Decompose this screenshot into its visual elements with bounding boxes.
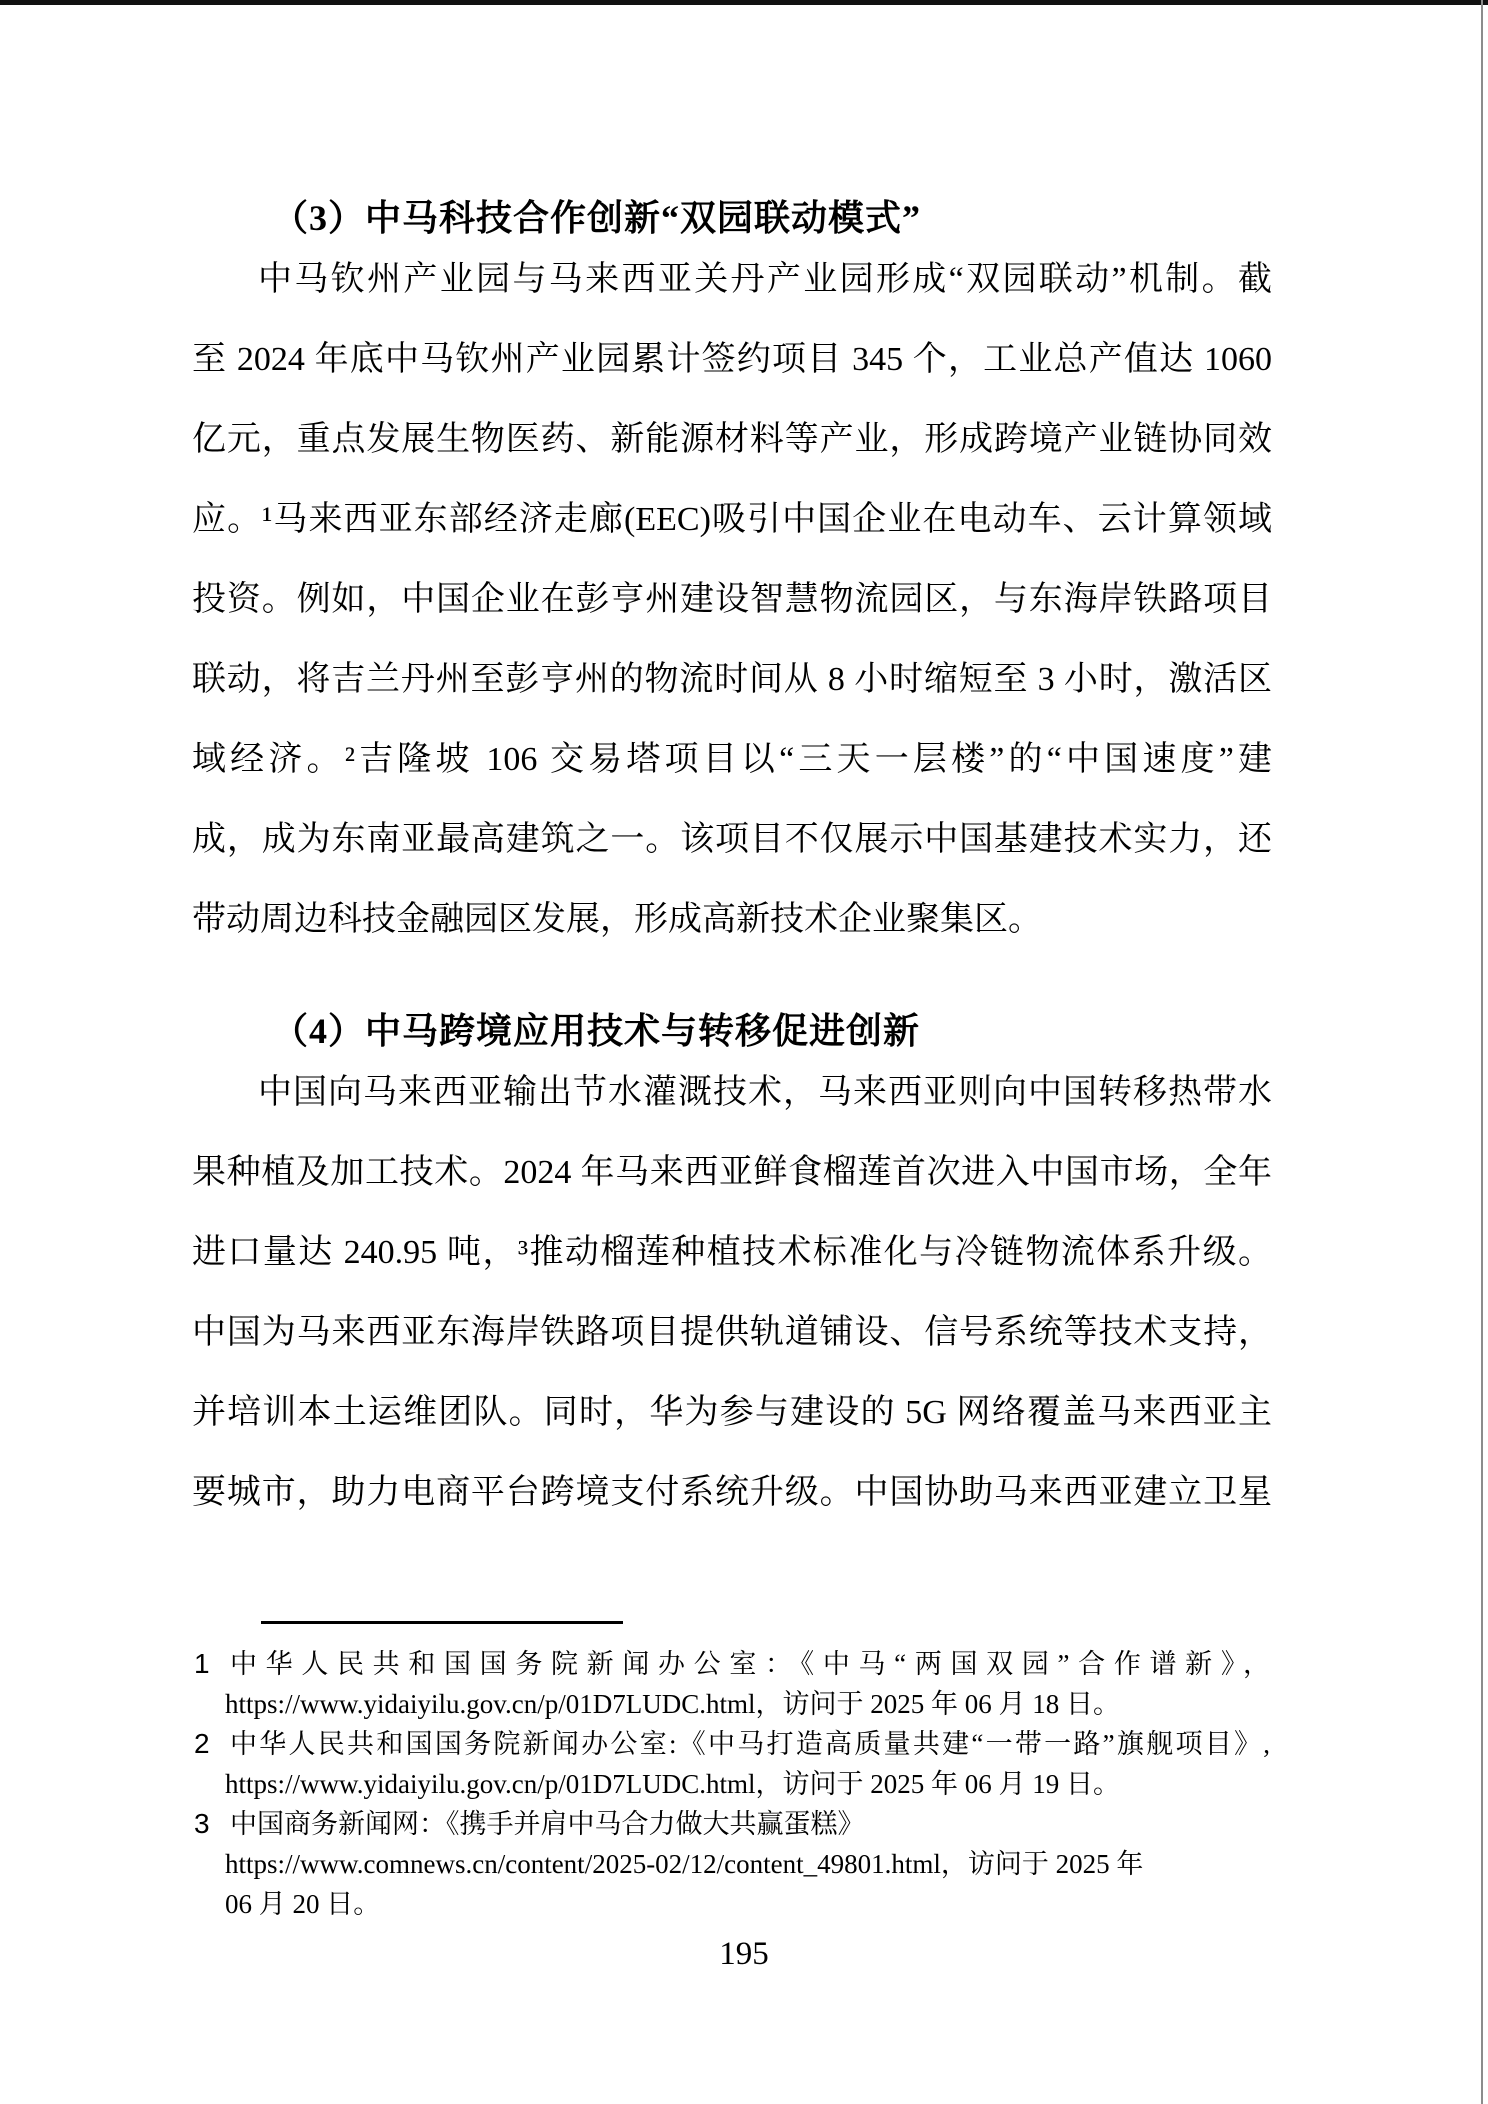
footnote-line: 1中华人民共和国国务院新闻办公室：《中马“两国双园”合作谱新》，	[192, 1644, 1270, 1684]
footnote-line: https://www.yidaiyilu.gov.cn/p/01D7LUDC.…	[192, 1684, 1270, 1724]
body-text-line: 中马钦州产业园与马来西亚关丹产业园形成“双园联动”机制。截	[192, 240, 1272, 320]
body-text-line: 要城市，助力电商平台跨境支付系统升级。中国协助马来西亚建立卫星	[192, 1453, 1272, 1533]
body-text-line: 成，成为东南亚最高建筑之一。该项目不仅展示中国基建技术实力，还	[192, 800, 1272, 880]
body-text-line: 至 2024 年底中马钦州产业园累计签约项目 345 个，工业总产值达 1060	[192, 320, 1272, 400]
body-text-line: 联动，将吉兰丹州至彭亨州的物流时间从 8 小时缩短至 3 小时，激活区	[192, 640, 1272, 720]
footnote-item: 2中华人民共和国国务院新闻办公室:《中马打造高质量共建“一带一路”旗舰项目》,h…	[192, 1724, 1270, 1804]
page-number: 195	[0, 1934, 1488, 1974]
document-body: （3）中马科技合作创新“双园联动模式”中马钦州产业园与马来西亚关丹产业园形成“双…	[192, 0, 1272, 1533]
body-text-line: 果种植及加工技术。2024 年马来西亚鲜食榴莲首次进入中国市场，全年	[192, 1133, 1272, 1213]
body-text-line: 应。¹马来西亚东部经济走廊(EEC)吸引中国企业在电动车、云计算领域	[192, 480, 1272, 560]
section-heading: （4）中马跨境应用技术与转移促进创新	[192, 1009, 1272, 1053]
section-heading: （3）中马科技合作创新“双园联动模式”	[192, 196, 1272, 240]
body-text-line: 中国向马来西亚输出节水灌溉技术，马来西亚则向中国转移热带水	[192, 1053, 1272, 1133]
body-text-line: 带动周边科技金融园区发展，形成高新技术企业聚集区。	[192, 880, 1272, 960]
body-text-line: 并培训本土运维团队。同时，华为参与建设的 5G 网络覆盖马来西亚主	[192, 1373, 1272, 1453]
footnote-number: 2	[194, 1724, 210, 1764]
body-text-line: 投资。例如，中国企业在彭亨州建设智慧物流园区，与东海岸铁路项目	[192, 560, 1272, 640]
footnote-line: https://www.yidaiyilu.gov.cn/p/01D7LUDC.…	[192, 1764, 1270, 1804]
body-text-line: 进口量达 240.95 吨，³推动榴莲种植技术标准化与冷链物流体系升级。	[192, 1213, 1272, 1293]
footnote-line: 3中国商务新闻网：《携手并肩中马合力做大共赢蛋糕》	[192, 1804, 1270, 1844]
footnote-line: 06 月 20 日。	[192, 1884, 1270, 1924]
footnote-item: 1中华人民共和国国务院新闻办公室：《中马“两国双园”合作谱新》，https://…	[192, 1644, 1270, 1724]
footnote-line: https://www.comnews.cn/content/2025-02/1…	[192, 1844, 1270, 1884]
body-text-line: 域经济。²吉隆坡 106 交易塔项目以“三天一层楼”的“中国速度”建	[192, 720, 1272, 800]
body-text-line: 中国为马来西亚东海岸铁路项目提供轨道铺设、信号系统等技术支持，	[192, 1293, 1272, 1373]
footnote-item: 3中国商务新闻网：《携手并肩中马合力做大共赢蛋糕》https://www.com…	[192, 1804, 1270, 1924]
footnotes: 1中华人民共和国国务院新闻办公室：《中马“两国双园”合作谱新》，https://…	[192, 1644, 1270, 1924]
footnote-separator	[261, 1621, 623, 1624]
footnote-number: 3	[194, 1804, 210, 1844]
footnote-line: 2中华人民共和国国务院新闻办公室:《中马打造高质量共建“一带一路”旗舰项目》,	[192, 1724, 1270, 1764]
section: （3）中马科技合作创新“双园联动模式”中马钦州产业园与马来西亚关丹产业园形成“双…	[192, 196, 1272, 960]
document-page: （3）中马科技合作创新“双园联动模式”中马钦州产业园与马来西亚关丹产业园形成“双…	[0, 0, 1488, 2104]
right-edge-line	[1481, 0, 1483, 2104]
footnote-number: 1	[194, 1644, 210, 1684]
body-text-line: 亿元，重点发展生物医药、新能源材料等产业，形成跨境产业链协同效	[192, 400, 1272, 480]
section: （4）中马跨境应用技术与转移促进创新中国向马来西亚输出节水灌溉技术，马来西亚则向…	[192, 1009, 1272, 1533]
